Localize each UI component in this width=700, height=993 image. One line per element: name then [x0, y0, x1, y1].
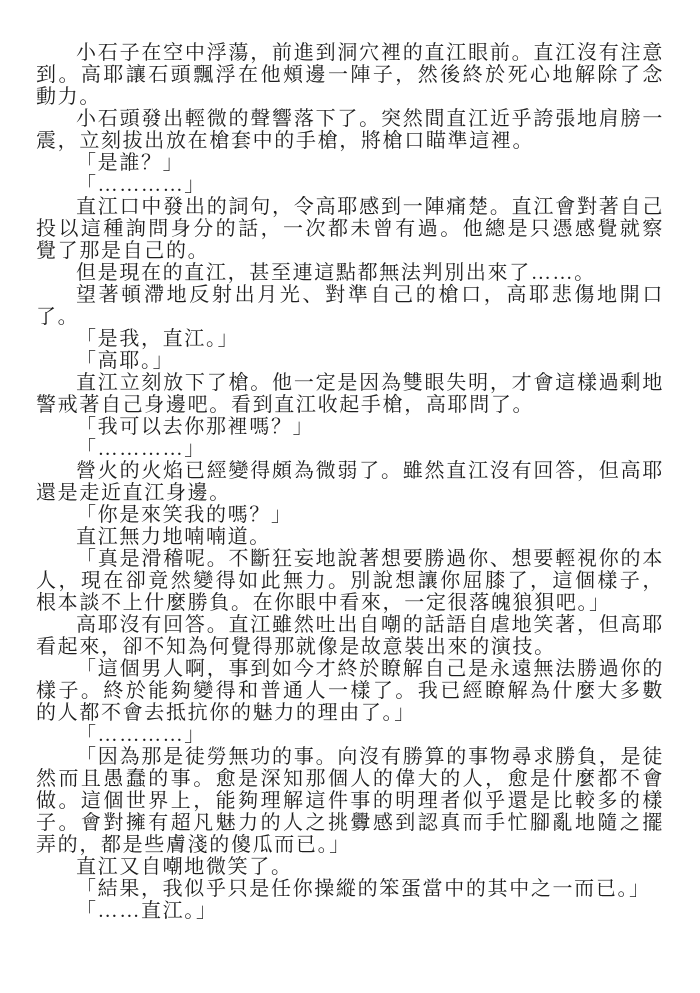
paragraph: 直江立刻放下了槍。他一定是因為雙眼失明，才會這樣過剩地警戒著自己身邊吧。看到直江…	[36, 372, 664, 416]
paragraph: 直江無力地喃喃道。	[36, 526, 664, 548]
dialogue-line: 「結果，我似乎只是任你操縱的笨蛋當中的其中之一而已。」	[36, 878, 664, 900]
dialogue-line: 「……直江。」	[36, 900, 664, 922]
dialogue-line: 「高耶。」	[36, 350, 664, 372]
dialogue-line: 「…………」	[36, 174, 664, 196]
dialogue-line: 「因為那是徒勞無功的事。向沒有勝算的事物尋求勝負，是徒然而且愚蠢的事。愈是深知那…	[36, 746, 664, 856]
dialogue-line: 「我可以去你那裡嗎？」	[36, 416, 664, 438]
paragraph: 直江口中發出的詞句，令高耶感到一陣痛楚。直江會對著自己投以這種詢問身分的話，一次…	[36, 196, 664, 262]
dialogue-line: 「是我，直江。」	[36, 328, 664, 350]
paragraph: 但是現在的直江，甚至連這點都無法判別出來了……。	[36, 262, 664, 284]
dialogue-line: 「真是滑稽呢。不斷狂妄地說著想要勝過你、想要輕視你的本人，現在卻竟然變得如此無力…	[36, 548, 664, 614]
dialogue-line: 「…………」	[36, 438, 664, 460]
paragraph: 望著頓滯地反射出月光、對準自己的槍口，高耶悲傷地開口了。	[36, 284, 664, 328]
dialogue-line: 「…………」	[36, 724, 664, 746]
dialogue-line: 「這個男人啊，事到如今才終於瞭解自己是永遠無法勝過你的樣子。終於能夠變得和普通人…	[36, 658, 664, 724]
body-text: 小石子在空中浮蕩，前進到洞穴裡的直江眼前。直江沒有注意到。高耶讓石頭飄浮在他頰邊…	[36, 42, 664, 922]
paragraph: 營火的火焰已經變得頗為微弱了。雖然直江沒有回答，但高耶還是走近直江身邊。	[36, 460, 664, 504]
paragraph: 高耶沒有回答。直江雖然吐出自嘲的話語自虐地笑著，但高耶看起來，卻不知為何覺得那就…	[36, 614, 664, 658]
paragraph: 直江又自嘲地微笑了。	[36, 856, 664, 878]
paragraph: 小石子在空中浮蕩，前進到洞穴裡的直江眼前。直江沒有注意到。高耶讓石頭飄浮在他頰邊…	[36, 42, 664, 108]
paragraph: 小石頭發出輕微的聲響落下了。突然間直江近乎誇張地肩膀一震，立刻拔出放在槍套中的手…	[36, 108, 664, 152]
novel-page: 小石子在空中浮蕩，前進到洞穴裡的直江眼前。直江沒有注意到。高耶讓石頭飄浮在他頰邊…	[0, 0, 700, 993]
dialogue-line: 「你是來笑我的嗎？」	[36, 504, 664, 526]
dialogue-line: 「是誰？」	[36, 152, 664, 174]
